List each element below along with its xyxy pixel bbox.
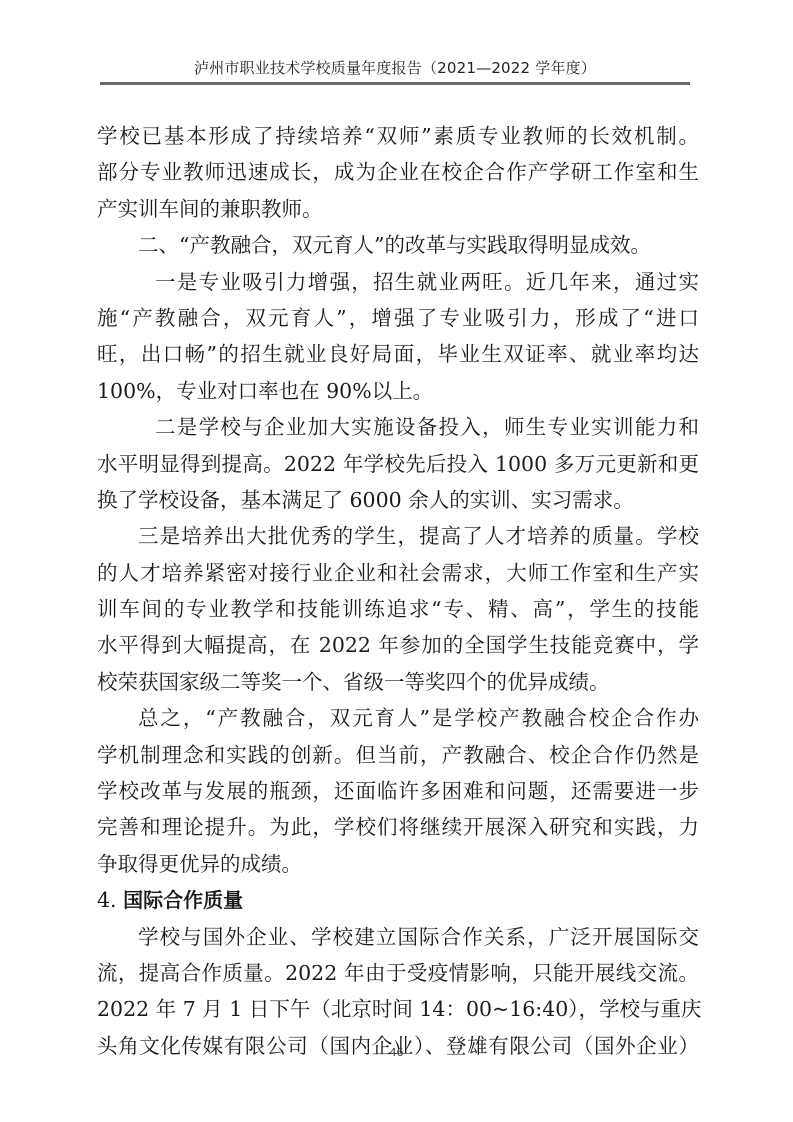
paragraph-line: 总之，“产教融合，双元育人”是学校产教融合校企合作办 (97, 700, 699, 736)
paragraph-line: 训车间的专业教学和技能训练追求“专、精、高”，学生的技能 (97, 591, 699, 627)
paragraph-line: 学机制理念和实践的创新。但当前，产教融合、校企合作仍然是 (97, 737, 699, 773)
paragraph-line: 争取得更优异的成绩。 (97, 846, 699, 882)
section-number: 4. (97, 888, 117, 912)
paragraph-line: 2022 年 7 月 1 日下午（北京时间 14：00~16:40），学校与重庆 (97, 991, 699, 1027)
running-header: 泸州市职业技术学校质量年度报告（2021—2022 学年度） (100, 58, 690, 78)
paragraph-line: 三是培养出大批优秀的学生，提高了人才培养的质量。学校 (97, 518, 699, 554)
document-page: 泸州市职业技术学校质量年度报告（2021—2022 学年度） 学校已基本形成了持… (0, 0, 793, 1122)
paragraph-line: 学校改革与发展的瓶颈，还面临许多困难和问题，还需要进一步 (97, 773, 699, 809)
subsection-heading: 二、“产教融合，双元育人”的改革与实践取得明显成效。 (97, 227, 699, 263)
paragraph-line: 流，提高合作质量。2022 年由于受疫情影响，只能开展线交流。 (97, 955, 699, 991)
paragraph-line: 100%，专业对口率也在 90%以上。 (97, 373, 699, 409)
paragraph-line: 一是专业吸引力增强，招生就业两旺。近几年来，通过实 (97, 264, 699, 300)
section-heading: 4. 国际合作质量 (97, 882, 699, 918)
paragraph-line: 水平得到大幅提高，在 2022 年参加的全国学生技能竞赛中，学 (97, 627, 699, 663)
paragraph-line: 学校与国外企业、学校建立国际合作关系，广泛开展国际交 (97, 919, 699, 955)
page-number: 46 (0, 1046, 793, 1059)
paragraph-line: 旺，出口畅”的招生就业良好局面，毕业生双证率、就业率均达 (97, 336, 699, 372)
body-text: 学校已基本形成了持续培养“双师”素质专业教师的长效机制。 部分专业教师迅速成长，… (97, 118, 699, 1064)
paragraph-line: 校荣获国家级二等奖一个、省级一等奖四个的优异成绩。 (97, 664, 699, 700)
paragraph-line: 水平明显得到提高。2022 年学校先后投入 1000 多万元更新和更 (97, 446, 699, 482)
paragraph-line: 产实训车间的兼职教师。 (97, 191, 699, 227)
header-divider (100, 82, 690, 85)
paragraph-line: 部分专业教师迅速成长，成为企业在校企合作产学研工作室和生 (97, 154, 699, 190)
paragraph-line: 的人才培养紧密对接行业企业和社会需求，大师工作室和生产实 (97, 555, 699, 591)
paragraph-line: 完善和理论提升。为此，学校们将继续开展深入研究和实践，力 (97, 809, 699, 845)
paragraph-line: 学校已基本形成了持续培养“双师”素质专业教师的长效机制。 (97, 118, 699, 154)
paragraph-line: 二是学校与企业加大实施设备投入，师生专业实训能力和 (97, 409, 699, 445)
paragraph-line: 施“产教融合，双元育人”，增强了专业吸引力，形成了“进口 (97, 300, 699, 336)
paragraph-line: 换了学校设备，基本满足了 6000 余人的实训、实习需求。 (97, 482, 699, 518)
section-title: 国际合作质量 (123, 888, 243, 912)
